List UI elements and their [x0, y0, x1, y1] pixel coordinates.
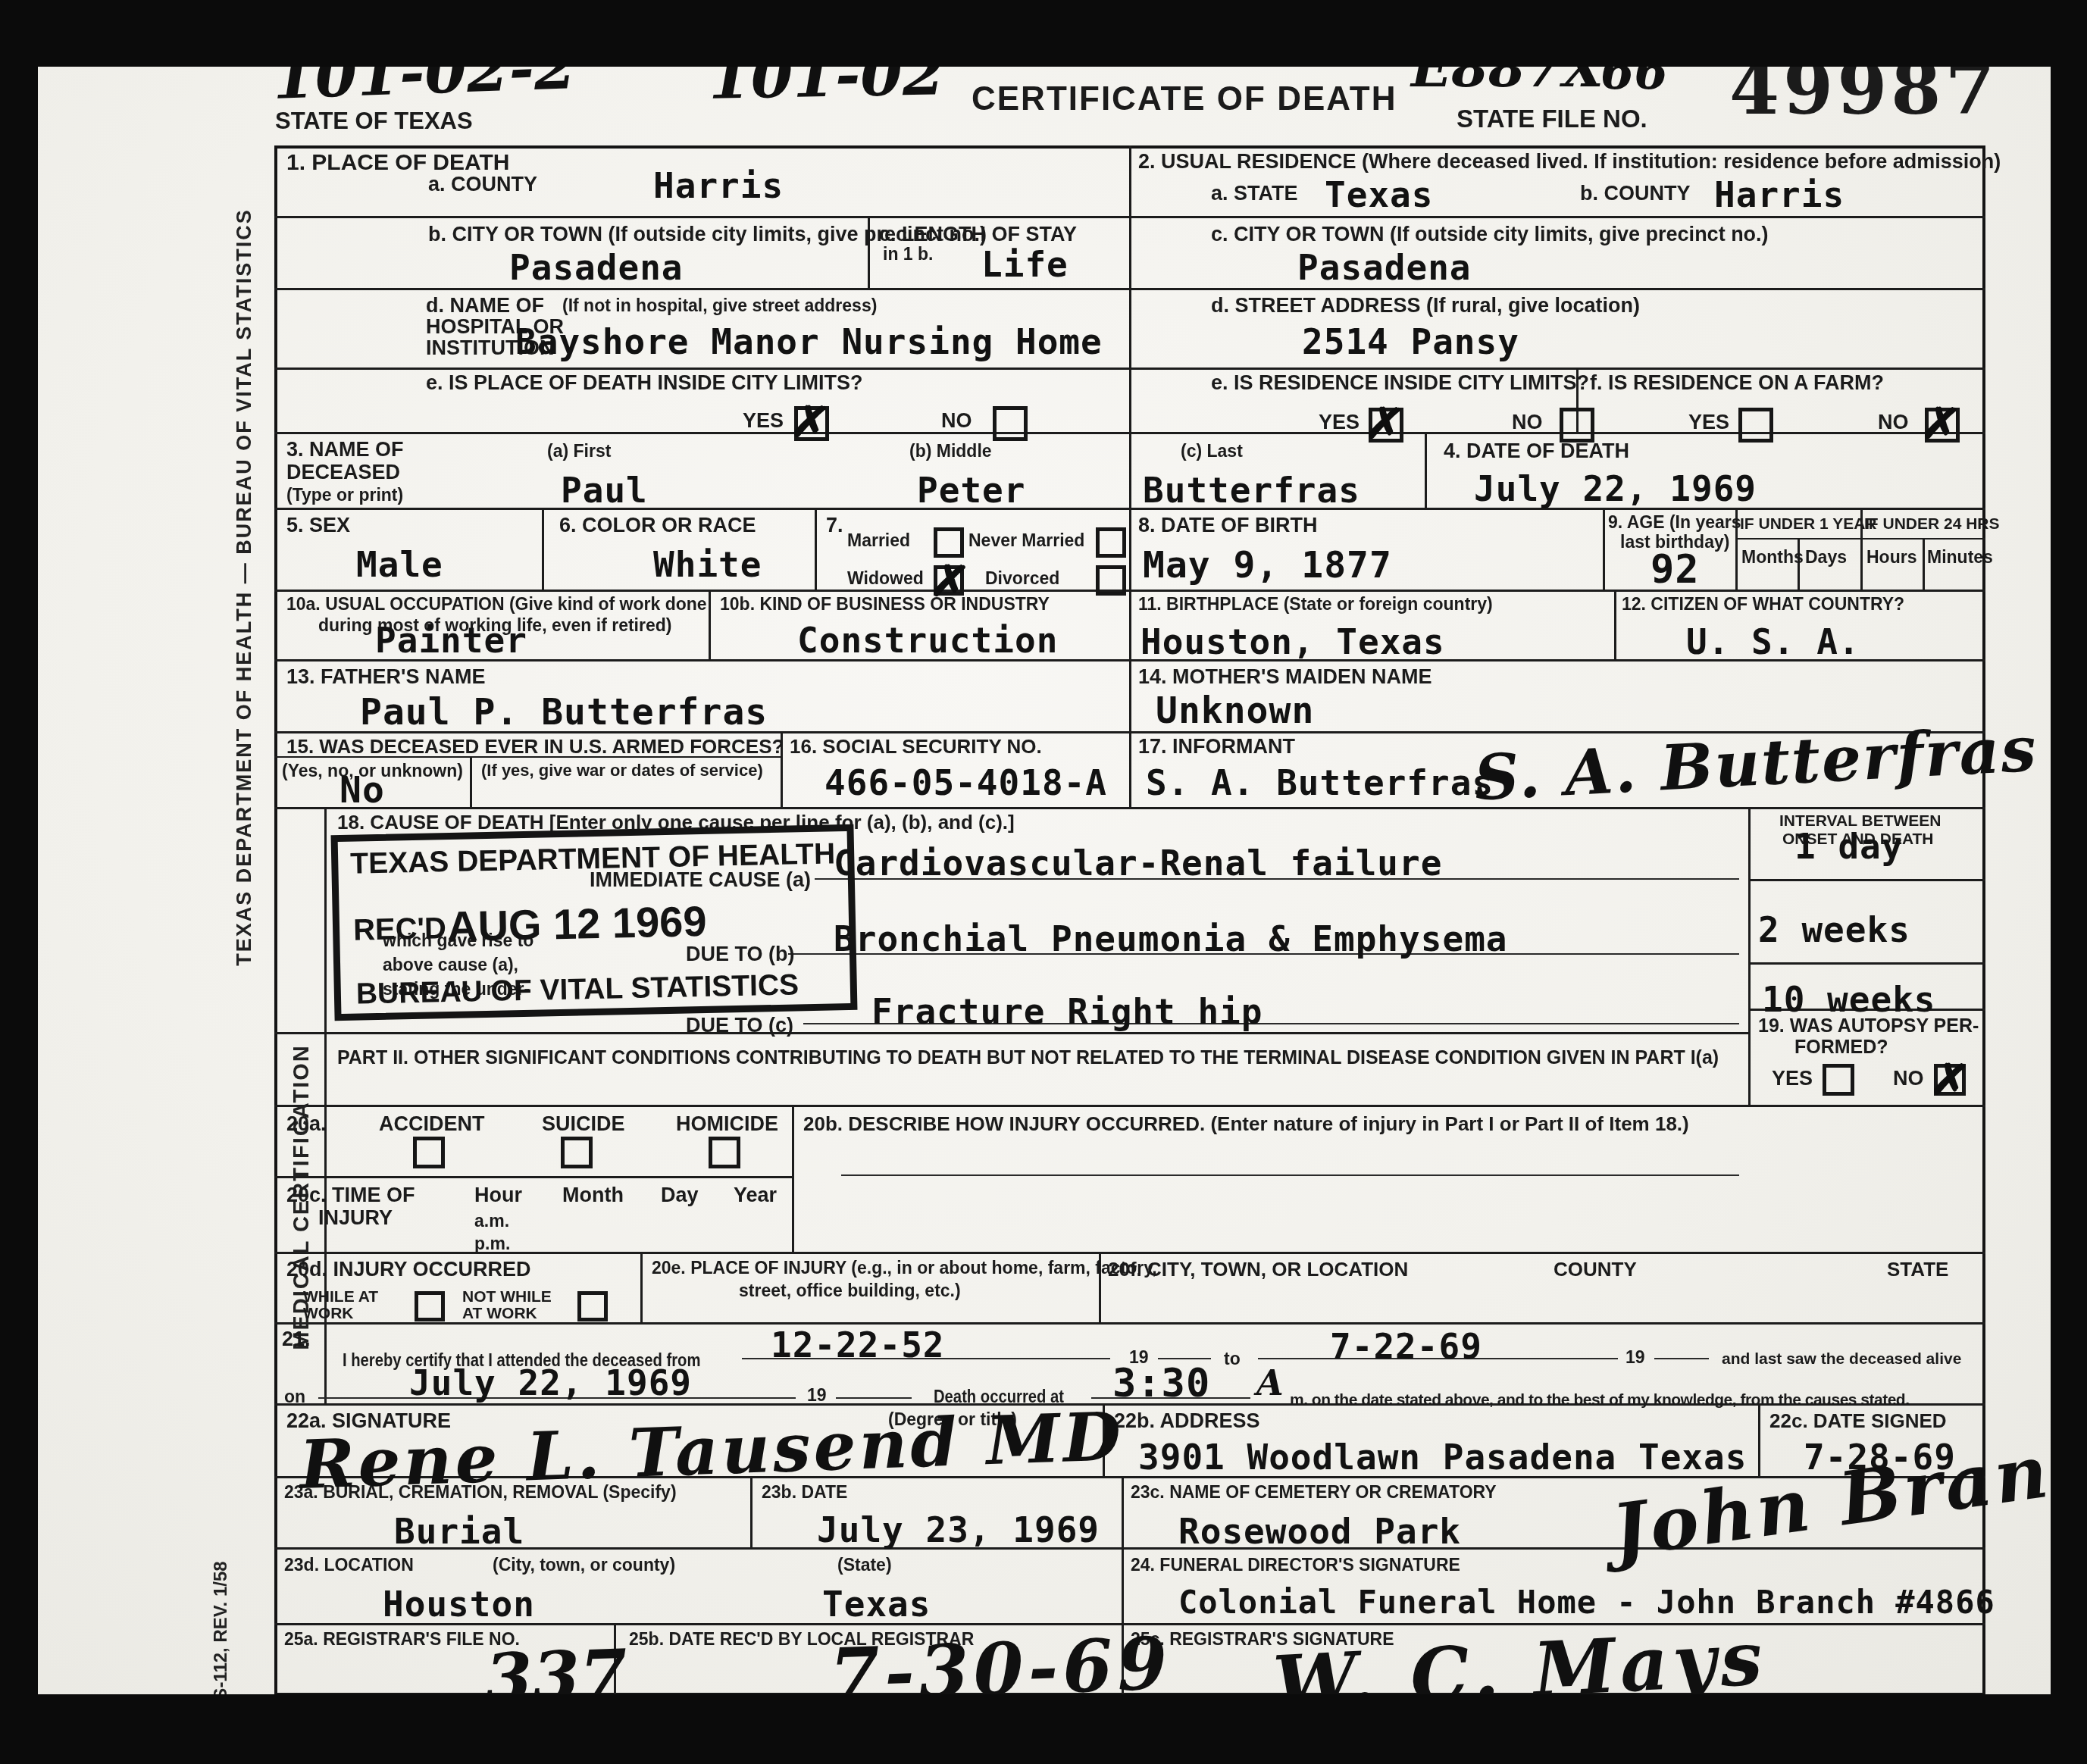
sex-label: 5. SEX — [286, 514, 350, 537]
stamp-line-3: BUREAU OF VITAL STATISTICS — [355, 968, 799, 1011]
accident-label: ACCIDENT — [379, 1112, 485, 1136]
residence-farm-yes-label: YES — [1688, 411, 1729, 434]
injury-city-label: 20f. CITY, TOWN, OR LOCATION — [1108, 1258, 1408, 1281]
autopsy-no-label: NO — [1893, 1067, 1924, 1090]
residence-city-limits-no-label: NO — [1512, 411, 1543, 434]
hospital-value: Bayshore Manor Nursing Home — [515, 321, 1103, 362]
stamp-line-1: TEXAS DEPARTMENT OF HEALTH — [350, 837, 836, 880]
father-name-label: 13. FATHER'S NAME — [286, 665, 485, 689]
street-address-value: 2514 Pansy — [1302, 321, 1519, 362]
year-19-c: 19 — [807, 1385, 827, 1406]
marital-label: 7. — [826, 514, 843, 537]
due-to-c-value: Fracture Right hip — [871, 991, 1263, 1032]
death-city-limits-label: e. IS PLACE OF DEATH INSIDE CITY LIMITS? — [426, 371, 863, 395]
homicide-label: HOMICIDE — [676, 1112, 778, 1136]
grid-line — [709, 590, 711, 659]
certificate-title: CERTIFICATE OF DEATH — [972, 80, 1397, 118]
length-of-stay-value: Life — [981, 244, 1069, 285]
burial-location-label: 23d. LOCATION — [284, 1555, 414, 1575]
days-label: Days — [1805, 547, 1847, 568]
informant-label: 17. INFORMANT — [1138, 735, 1295, 758]
street-address-label: d. STREET ADDRESS (If rural, give locati… — [1211, 294, 1640, 317]
attended-to-value: 7-22-69 — [1330, 1326, 1482, 1367]
not-while-at-work-label-2: AT WORK — [462, 1305, 537, 1323]
injury-state-label: STATE — [1887, 1258, 1948, 1281]
death-time-ampm: A — [1256, 1362, 1284, 1403]
grid-line — [792, 1105, 794, 1252]
interval-a-value: 1 day — [1794, 826, 1903, 867]
autopsy-yes-label: YES — [1772, 1067, 1813, 1090]
hospital-note: (If not in hospital, give street address… — [562, 296, 877, 316]
ssn-label: 16. SOCIAL SECURITY NO. — [790, 735, 1042, 758]
last-seen-value: July 22, 1969 — [409, 1362, 692, 1403]
homicide-checkbox — [709, 1137, 740, 1168]
scan-edge-bottom — [0, 1694, 2087, 1764]
grid-line — [1603, 508, 1605, 590]
grid-line — [470, 756, 472, 807]
place-of-injury-label-1: 20e. PLACE OF INJURY (e.g., in or about … — [652, 1258, 1157, 1278]
cemetery-value: Rosewood Park — [1178, 1511, 1461, 1552]
funeral-director-label: 24. FUNERAL DIRECTOR'S SIGNATURE — [1131, 1555, 1460, 1575]
minutes-label: Minutes — [1927, 547, 1993, 568]
death-time-value: 3:30 — [1112, 1361, 1210, 1406]
residence-city-limits-no-checkbox — [1560, 408, 1594, 443]
date-signed-label: 22c. DATE SIGNED — [1769, 1409, 1947, 1433]
while-at-work-label-2: WORK — [303, 1305, 354, 1323]
grid-line — [274, 1176, 792, 1178]
last-name-label: (c) Last — [1181, 441, 1243, 461]
to-label: to — [1224, 1349, 1241, 1369]
industry-value: Construction — [797, 620, 1058, 661]
autopsy-label-1: 19. WAS AUTOPSY PER- — [1758, 1015, 1979, 1037]
hour-label: Hour — [474, 1184, 522, 1207]
residence-farm-yes-checkbox — [1738, 408, 1773, 443]
stamp-recd-label: REC'D — [353, 912, 447, 948]
suicide-checkbox — [561, 1137, 593, 1168]
item-20a-label: 20a. — [286, 1112, 327, 1136]
am-label: a.m. — [474, 1211, 509, 1231]
place-of-injury-label-2: street, office building, etc.) — [739, 1281, 961, 1301]
date-of-birth-value: May 9, 1877 — [1143, 544, 1392, 586]
residence-city-limits-yes-label: YES — [1319, 411, 1360, 434]
length-of-stay-label: c. LENGTH OF STAY — [879, 223, 1077, 246]
residence-county-value: Harris — [1714, 174, 1845, 215]
residence-state-label: a. STATE — [1211, 182, 1298, 205]
certify-tail-2: m. on the date stated above, and to the … — [1290, 1391, 1910, 1409]
county-value: Harris — [653, 165, 784, 206]
residence-city-limits-label: e. IS RESIDENCE INSIDE CITY LIMITS? — [1211, 371, 1589, 395]
occupation-value: Painter — [375, 620, 527, 661]
city-value: Pasadena — [509, 247, 684, 288]
grid-line — [1614, 590, 1616, 659]
funeral-director-value: Colonial Funeral Home - John Branch #486… — [1178, 1584, 1995, 1621]
grid-line — [1425, 432, 1427, 508]
time-of-injury-label-2: INJURY — [318, 1206, 393, 1230]
pm-label: p.m. — [474, 1234, 510, 1254]
stamp-date: AUG 12 1969 — [446, 896, 707, 951]
divorced-checkbox — [1096, 565, 1126, 596]
received-stamp: TEXAS DEPARTMENT OF HEALTH REC'D AUG 12 … — [331, 824, 858, 1021]
while-at-work-checkbox — [415, 1291, 445, 1321]
first-name-value: Paul — [561, 470, 648, 511]
race-value: White — [653, 544, 762, 585]
usual-residence-title: 2. USUAL RESIDENCE (Where deceased lived… — [1138, 150, 2001, 174]
grid-line — [542, 508, 544, 590]
death-city-limits-yes-checkbox — [794, 406, 829, 441]
scanned-death-certificate: 101-02-2 101-02 STATE OF TEXAS CERTIFICA… — [0, 0, 2087, 1764]
burial-date-value: July 23, 1969 — [817, 1509, 1100, 1550]
ssn-value: 466-05-4018-A — [824, 762, 1107, 803]
due-to-c-label: DUE TO (c) — [686, 1014, 793, 1037]
hospital-label-1: d. NAME OF — [426, 294, 544, 317]
form-code-vertical-text: VS-112, REV. 1/58 — [211, 1561, 232, 1712]
armed-forces-value: No — [339, 769, 385, 812]
death-city-limits-no-label: NO — [941, 409, 972, 433]
birthplace-value: Houston, Texas — [1140, 621, 1445, 662]
scan-edge-top — [0, 0, 2087, 67]
county-label: a. COUNTY — [428, 173, 537, 196]
residence-state-value: Texas — [1325, 174, 1433, 215]
father-name-value: Paul P. Butterfras — [360, 691, 768, 733]
autopsy-yes-checkbox — [1823, 1064, 1854, 1096]
middle-name-value: Peter — [917, 470, 1025, 511]
occupation-label-1: 10a. USUAL OCCUPATION (Give kind of work… — [286, 594, 707, 615]
writing-line — [836, 1397, 912, 1399]
not-while-at-work-checkbox — [577, 1291, 608, 1321]
address-label: 22b. ADDRESS — [1114, 1409, 1260, 1433]
divorced-label: Divorced — [985, 568, 1059, 589]
burial-city-value: Houston — [383, 1584, 535, 1625]
year-19-b: 19 — [1625, 1347, 1645, 1368]
writing-line — [1158, 1358, 1211, 1359]
place-of-death-title: 1. PLACE OF DEATH — [286, 150, 509, 176]
address-value: 3901 Woodlawn Pasadena Texas — [1138, 1437, 1747, 1478]
certify-tail-1: and last saw the deceased alive — [1722, 1350, 1961, 1368]
writing-line — [841, 1174, 1739, 1176]
grid-line — [274, 1252, 1985, 1254]
grid-line — [1923, 538, 1925, 590]
while-at-work-label-1: WHILE AT — [303, 1288, 378, 1306]
grid-line — [815, 508, 817, 590]
scan-edge-left — [0, 0, 38, 1764]
grid-line — [274, 1032, 1748, 1034]
on-label: on — [284, 1387, 305, 1407]
widowed-label: Widowed — [847, 568, 924, 589]
race-label: 6. COLOR OR RACE — [559, 514, 756, 537]
months-label: Months — [1741, 547, 1804, 568]
widowed-checkbox — [934, 565, 964, 596]
mother-name-label: 14. MOTHER'S MAIDEN NAME — [1138, 665, 1431, 689]
burial-value: Burial — [394, 1511, 524, 1552]
not-while-at-work-label-1: NOT WHILE — [462, 1288, 552, 1306]
time-of-injury-label-1: 20c. TIME OF — [286, 1184, 415, 1207]
residence-farm-label: f. IS RESIDENCE ON A FARM? — [1590, 371, 1884, 395]
attended-from-value: 12-22-52 — [771, 1325, 945, 1365]
burial-location-note: (City, town, or county) — [493, 1555, 675, 1575]
suicide-label: SUICIDE — [542, 1112, 625, 1136]
under-1-year-label: IF UNDER 1 YEAR — [1740, 515, 1876, 533]
grid-line — [640, 1252, 643, 1322]
residence-city-value: Pasadena — [1297, 247, 1472, 288]
day-label: Day — [661, 1184, 699, 1207]
residence-city-limits-yes-checkbox — [1369, 408, 1403, 443]
hours-label: Hours — [1866, 547, 1916, 568]
grid-line — [1758, 1403, 1760, 1476]
accident-checkbox — [413, 1137, 445, 1168]
date-of-birth-label: 8. DATE OF BIRTH — [1138, 514, 1318, 537]
state-file-no-label: STATE FILE NO. — [1457, 105, 1647, 133]
immediate-cause-value: Cardiovascular-Renal failure — [834, 843, 1442, 884]
cemetery-label: 23c. NAME OF CEMETERY OR CREMATORY — [1131, 1482, 1497, 1503]
grid-line — [1748, 807, 1751, 1105]
armed-forces-label: 15. WAS DECEASED EVER IN U.S. ARMED FORC… — [286, 735, 784, 758]
industry-label: 10b. KIND OF BUSINESS OR INDUSTRY — [720, 594, 1050, 615]
married-label: Married — [847, 530, 910, 551]
month-label: Month — [562, 1184, 624, 1207]
informant-value: S. A. Butterfras — [1146, 762, 1494, 803]
date-of-death-label: 4. DATE OF DEATH — [1444, 439, 1629, 463]
name-deceased-label-3: (Type or print) — [286, 485, 403, 505]
item-21-label: 21. — [282, 1328, 311, 1351]
birthplace-label: 11. BIRTHPLACE (State or foreign country… — [1138, 594, 1493, 615]
citizen-value: U. S. A. — [1686, 621, 1860, 662]
name-deceased-label-2: DECEASED — [286, 461, 400, 484]
autopsy-no-checkbox — [1934, 1064, 1966, 1096]
age-value: 92 — [1651, 547, 1700, 593]
never-married-checkbox — [1096, 527, 1126, 558]
injury-county-label: COUNTY — [1554, 1258, 1637, 1281]
residence-farm-no-checkbox — [1925, 408, 1960, 443]
grid-line — [1748, 879, 1985, 881]
never-married-label: Never Married — [968, 530, 1084, 551]
grid-line — [1129, 145, 1131, 807]
residence-farm-no-label: NO — [1878, 411, 1909, 434]
residence-county-label: b. COUNTY — [1580, 182, 1691, 205]
burial-state-note: (State) — [837, 1555, 892, 1575]
age-label-1: 9. AGE (In years — [1608, 512, 1741, 533]
interval-c-value: 10 weeks — [1762, 979, 1936, 1020]
mother-name-value: Unknown — [1156, 690, 1314, 732]
middle-name-label: (b) Middle — [909, 441, 992, 461]
writing-line — [1654, 1358, 1709, 1359]
grid-line — [274, 1105, 1985, 1107]
residence-city-label: c. CITY OR TOWN (If outside city limits,… — [1211, 223, 1769, 246]
last-name-value: Butterfras — [1143, 470, 1360, 511]
death-city-limits-yes-label: YES — [743, 409, 784, 433]
describe-injury-label: 20b. DESCRIBE HOW INJURY OCCURRED. (Ente… — [803, 1112, 1689, 1136]
injury-occurred-label: 20d. INJURY OCCURRED — [286, 1258, 531, 1281]
year-label: Year — [734, 1184, 777, 1207]
grid-line — [1748, 962, 1985, 965]
interval-b-value: 2 weeks — [1758, 909, 1910, 950]
date-of-death-value: July 22, 1969 — [1474, 468, 1757, 509]
first-name-label: (a) First — [547, 441, 611, 461]
name-deceased-label-1: 3. NAME OF — [286, 438, 404, 461]
scan-edge-right — [2051, 0, 2087, 1764]
grid-line — [274, 807, 1985, 809]
under-24-hrs-label: IF UNDER 24 HRS — [1864, 515, 2000, 533]
sex-value: Male — [356, 544, 443, 585]
left-margin-department-text: TEXAS DEPARTMENT OF HEALTH — BUREAU OF V… — [233, 208, 256, 966]
citizen-label: 12. CITIZEN OF WHAT COUNTRY? — [1622, 594, 1904, 615]
part-ii-label: PART II. OTHER SIGNIFICANT CONDITIONS CO… — [337, 1047, 1719, 1069]
autopsy-label-2: FORMED? — [1794, 1037, 1888, 1059]
armed-forces-note-2: (If yes, give war or dates of service) — [481, 761, 763, 780]
length-of-stay-label2: in 1 b. — [883, 244, 933, 264]
due-to-b-value: Bronchial Pneumonia & Emphysema — [834, 918, 1508, 959]
death-city-limits-no-checkbox — [993, 406, 1028, 441]
burial-state-value: Texas — [822, 1584, 931, 1625]
